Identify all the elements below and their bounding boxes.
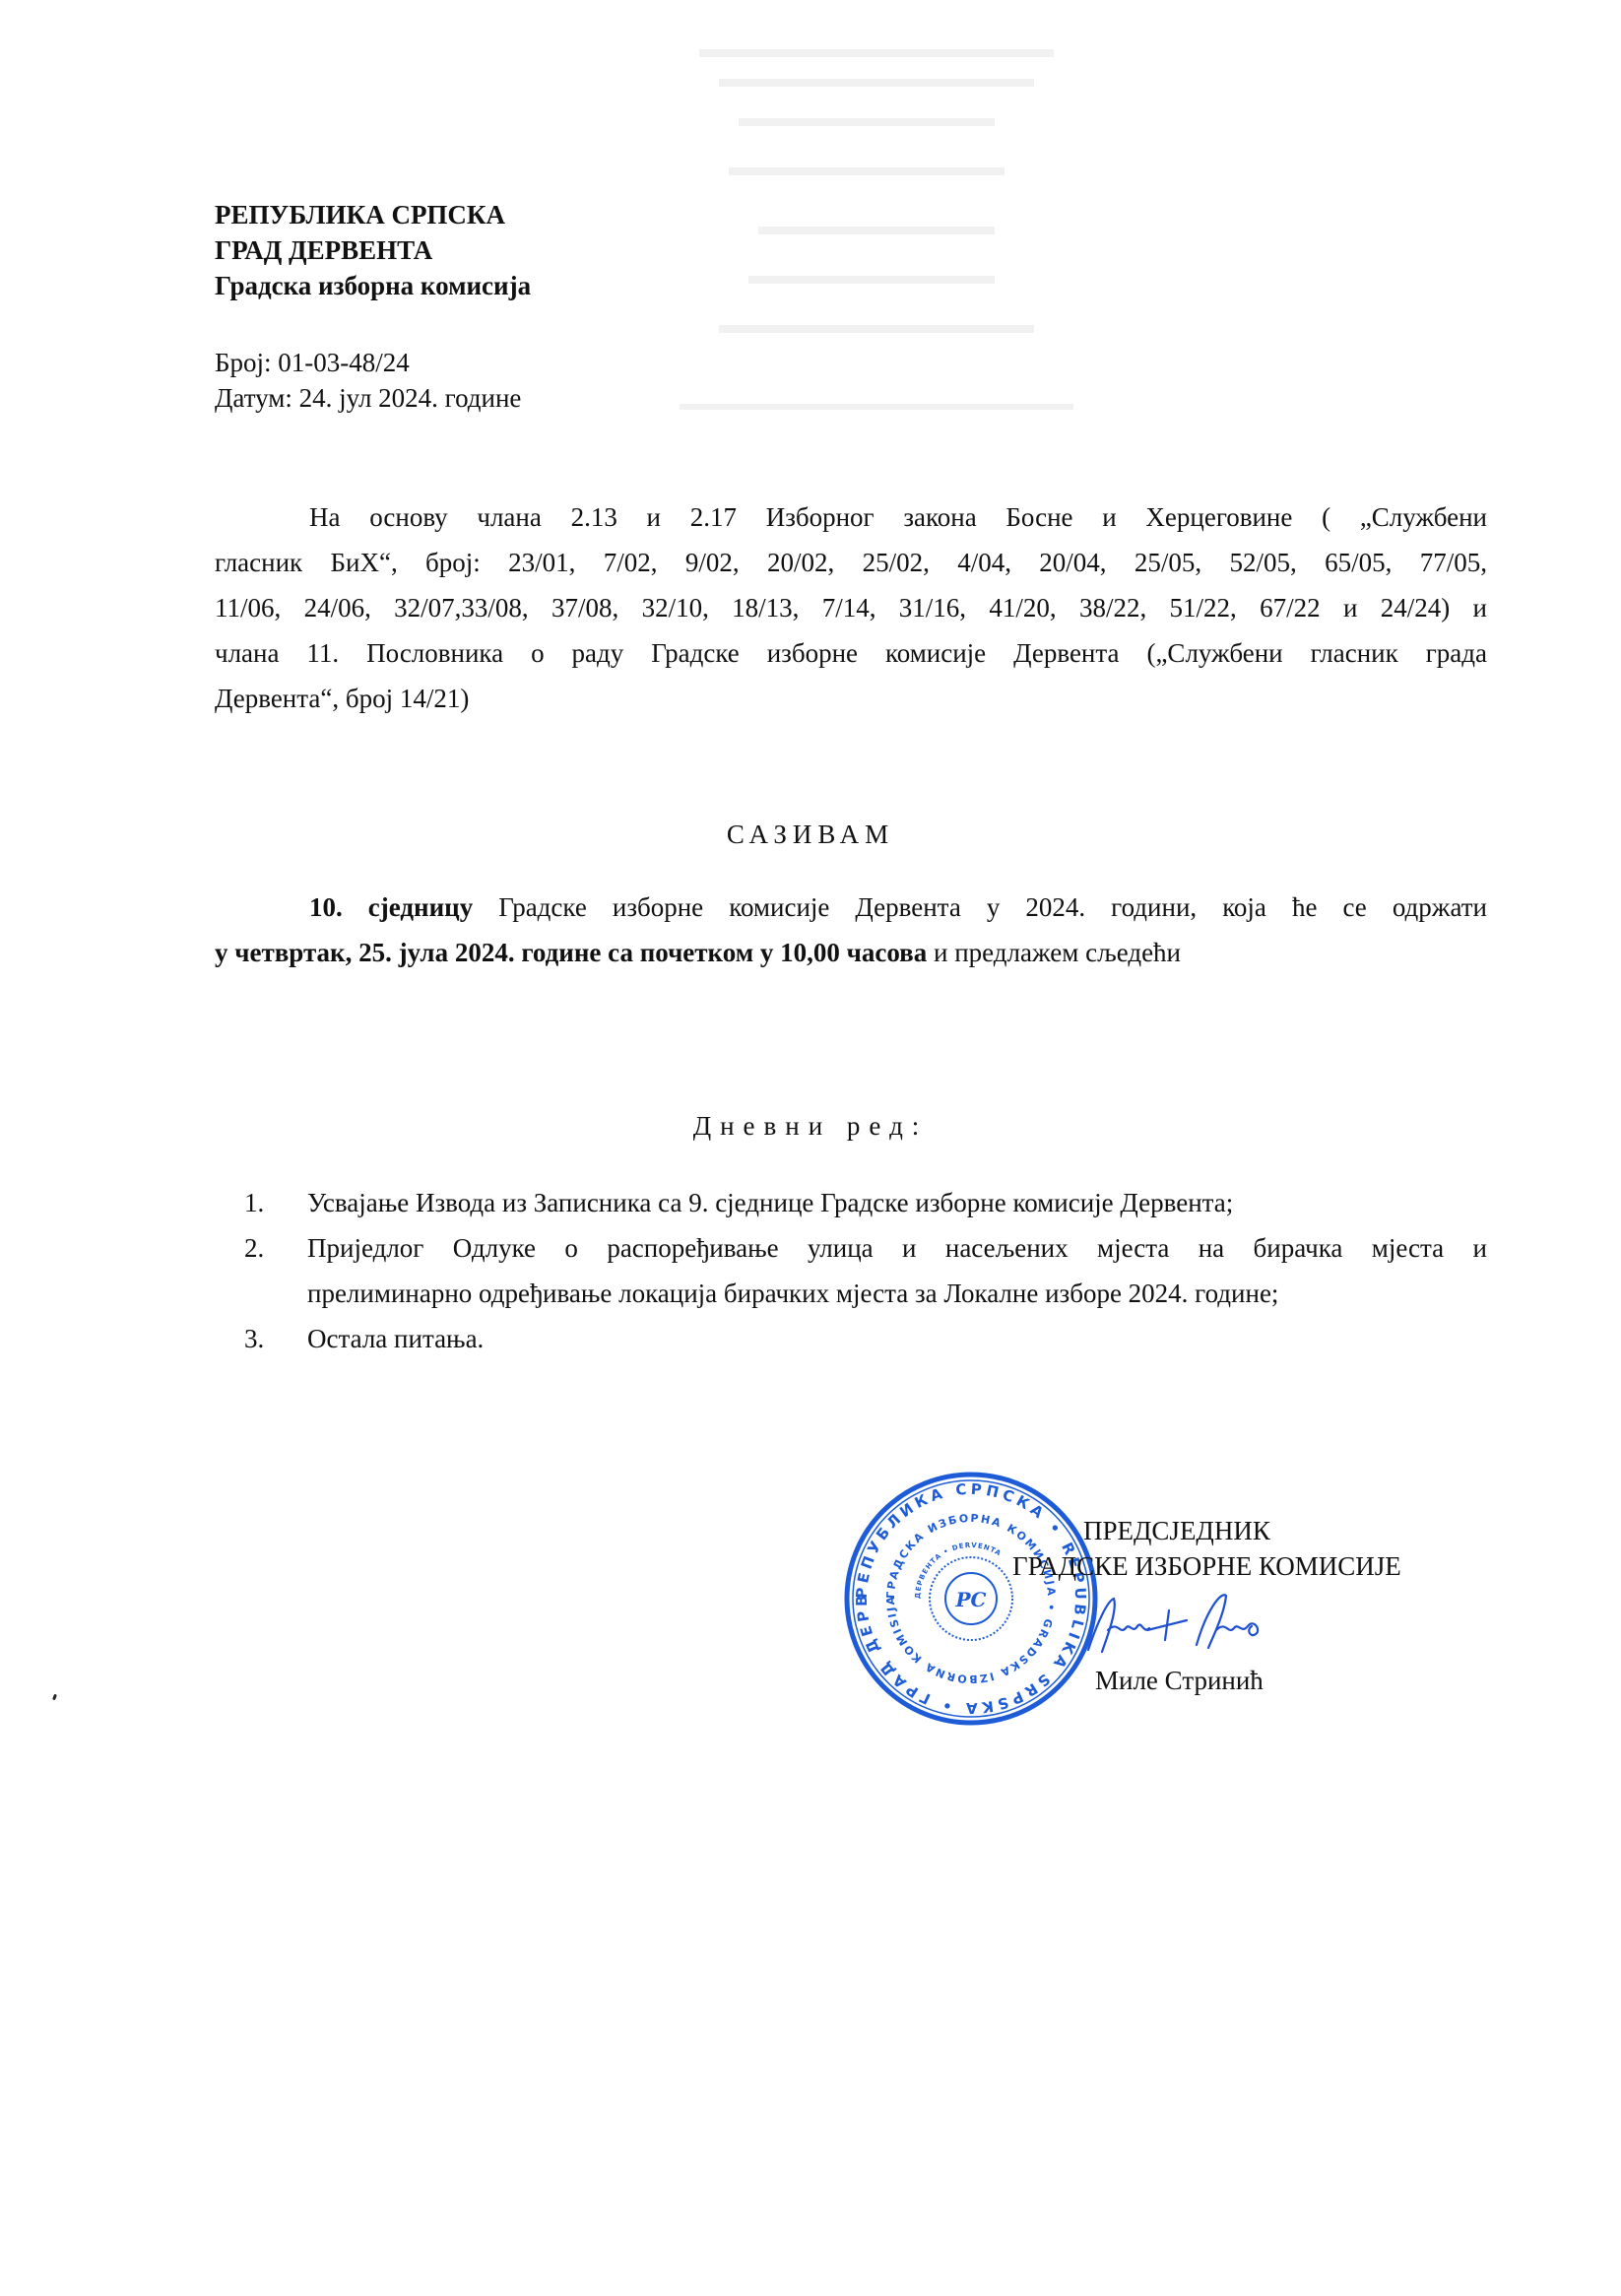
document-number: Број: 01-03-48/24: [215, 345, 410, 380]
preamble-line: 11/06, 24/06, 32/07,33/08, 37/08, 32/10,…: [215, 585, 1487, 630]
convene-text: и предлажем сљедећи: [927, 938, 1181, 967]
document-date: Датум: 24. јул 2024. године: [215, 380, 521, 416]
convene-paragraph: 10. сједницу Градске изборне комисије Де…: [215, 885, 1487, 975]
agenda-item: 2.Приједлог Одлуке о распоређивање улица…: [244, 1225, 1487, 1316]
bleed-through-ghost: [680, 39, 1073, 424]
header-commission: Градска изборна комисија: [215, 268, 531, 303]
signatory-body: ГРАДСКЕ ИЗБОРНЕ КОМИСИЈЕ: [1012, 1548, 1401, 1584]
agenda-item-text: Приједлог Одлуке о распоређивање улица и…: [307, 1225, 1487, 1316]
header-city: ГРАД ДЕРВЕНТА: [215, 232, 432, 268]
agenda-item-line: прелиминарно одређивање локација бирачки…: [307, 1271, 1487, 1316]
preamble-line: члана 11. Пословника о раду Градске избо…: [215, 630, 1487, 676]
header-republic: РЕПУБЛИКА СРПСКА: [215, 197, 505, 232]
agenda-item: 3.Остала питања.: [244, 1316, 1487, 1361]
agenda-item-number: 1.: [244, 1180, 307, 1225]
agenda-item-number: 2.: [244, 1225, 307, 1316]
agenda-item-text: Остала питања.: [307, 1316, 1487, 1361]
signatory-name: Миле Стринић: [1095, 1663, 1264, 1698]
svg-text:РС: РС: [955, 1588, 987, 1611]
convene-line: у четвртак, 25. јула 2024. године са поч…: [215, 930, 1487, 975]
agenda-item-text: Усвајање Извода из Записника са 9. сједн…: [307, 1180, 1487, 1225]
agenda-item-number: 3.: [244, 1316, 307, 1361]
preamble-line: На основу члана 2.13 и 2.17 Изборног зак…: [215, 494, 1487, 540]
preamble-paragraph: На основу члана 2.13 и 2.17 Изборног зак…: [215, 494, 1487, 721]
handwritten-signature: [1078, 1591, 1275, 1660]
official-stamp: РЕПУБЛИКА СРПСКА • REPUBLIKA SRPSKA • ГР…: [842, 1470, 1100, 1728]
preamble-line: Дервента“, број 14/21): [215, 676, 1487, 721]
agenda-item-line: Приједлог Одлуке о распоређивање улица и…: [307, 1225, 1487, 1271]
convene-title: САЗИВАМ: [0, 820, 1621, 850]
convene-line: 10. сједницу Градске изборне комисије Де…: [215, 885, 1487, 930]
agenda-list: 1.Усвајање Извода из Записника са 9. сје…: [244, 1180, 1487, 1361]
agenda-item-line: Усвајање Извода из Записника са 9. сједн…: [307, 1180, 1487, 1225]
agenda-item-line: Остала питања.: [307, 1316, 1487, 1361]
convene-text: Градске изборне комисије Дервента у 2024…: [473, 892, 1487, 922]
document-page: РЕПУБЛИКА СРПСКА ГРАД ДЕРВЕНТА Градска и…: [0, 0, 1621, 2296]
session-number: 10. сједницу: [309, 892, 473, 922]
session-datetime: у четвртак, 25. јула 2024. године са поч…: [215, 938, 927, 967]
scan-speck: [52, 1694, 57, 1701]
agenda-item: 1.Усвајање Извода из Записника са 9. сје…: [244, 1180, 1487, 1225]
agenda-title: Дневни ред:: [0, 1111, 1621, 1142]
preamble-line: гласник БиХ“, број: 23/01, 7/02, 9/02, 2…: [215, 540, 1487, 585]
signatory-role: ПРЕДСЈЕДНИК: [1083, 1513, 1270, 1548]
